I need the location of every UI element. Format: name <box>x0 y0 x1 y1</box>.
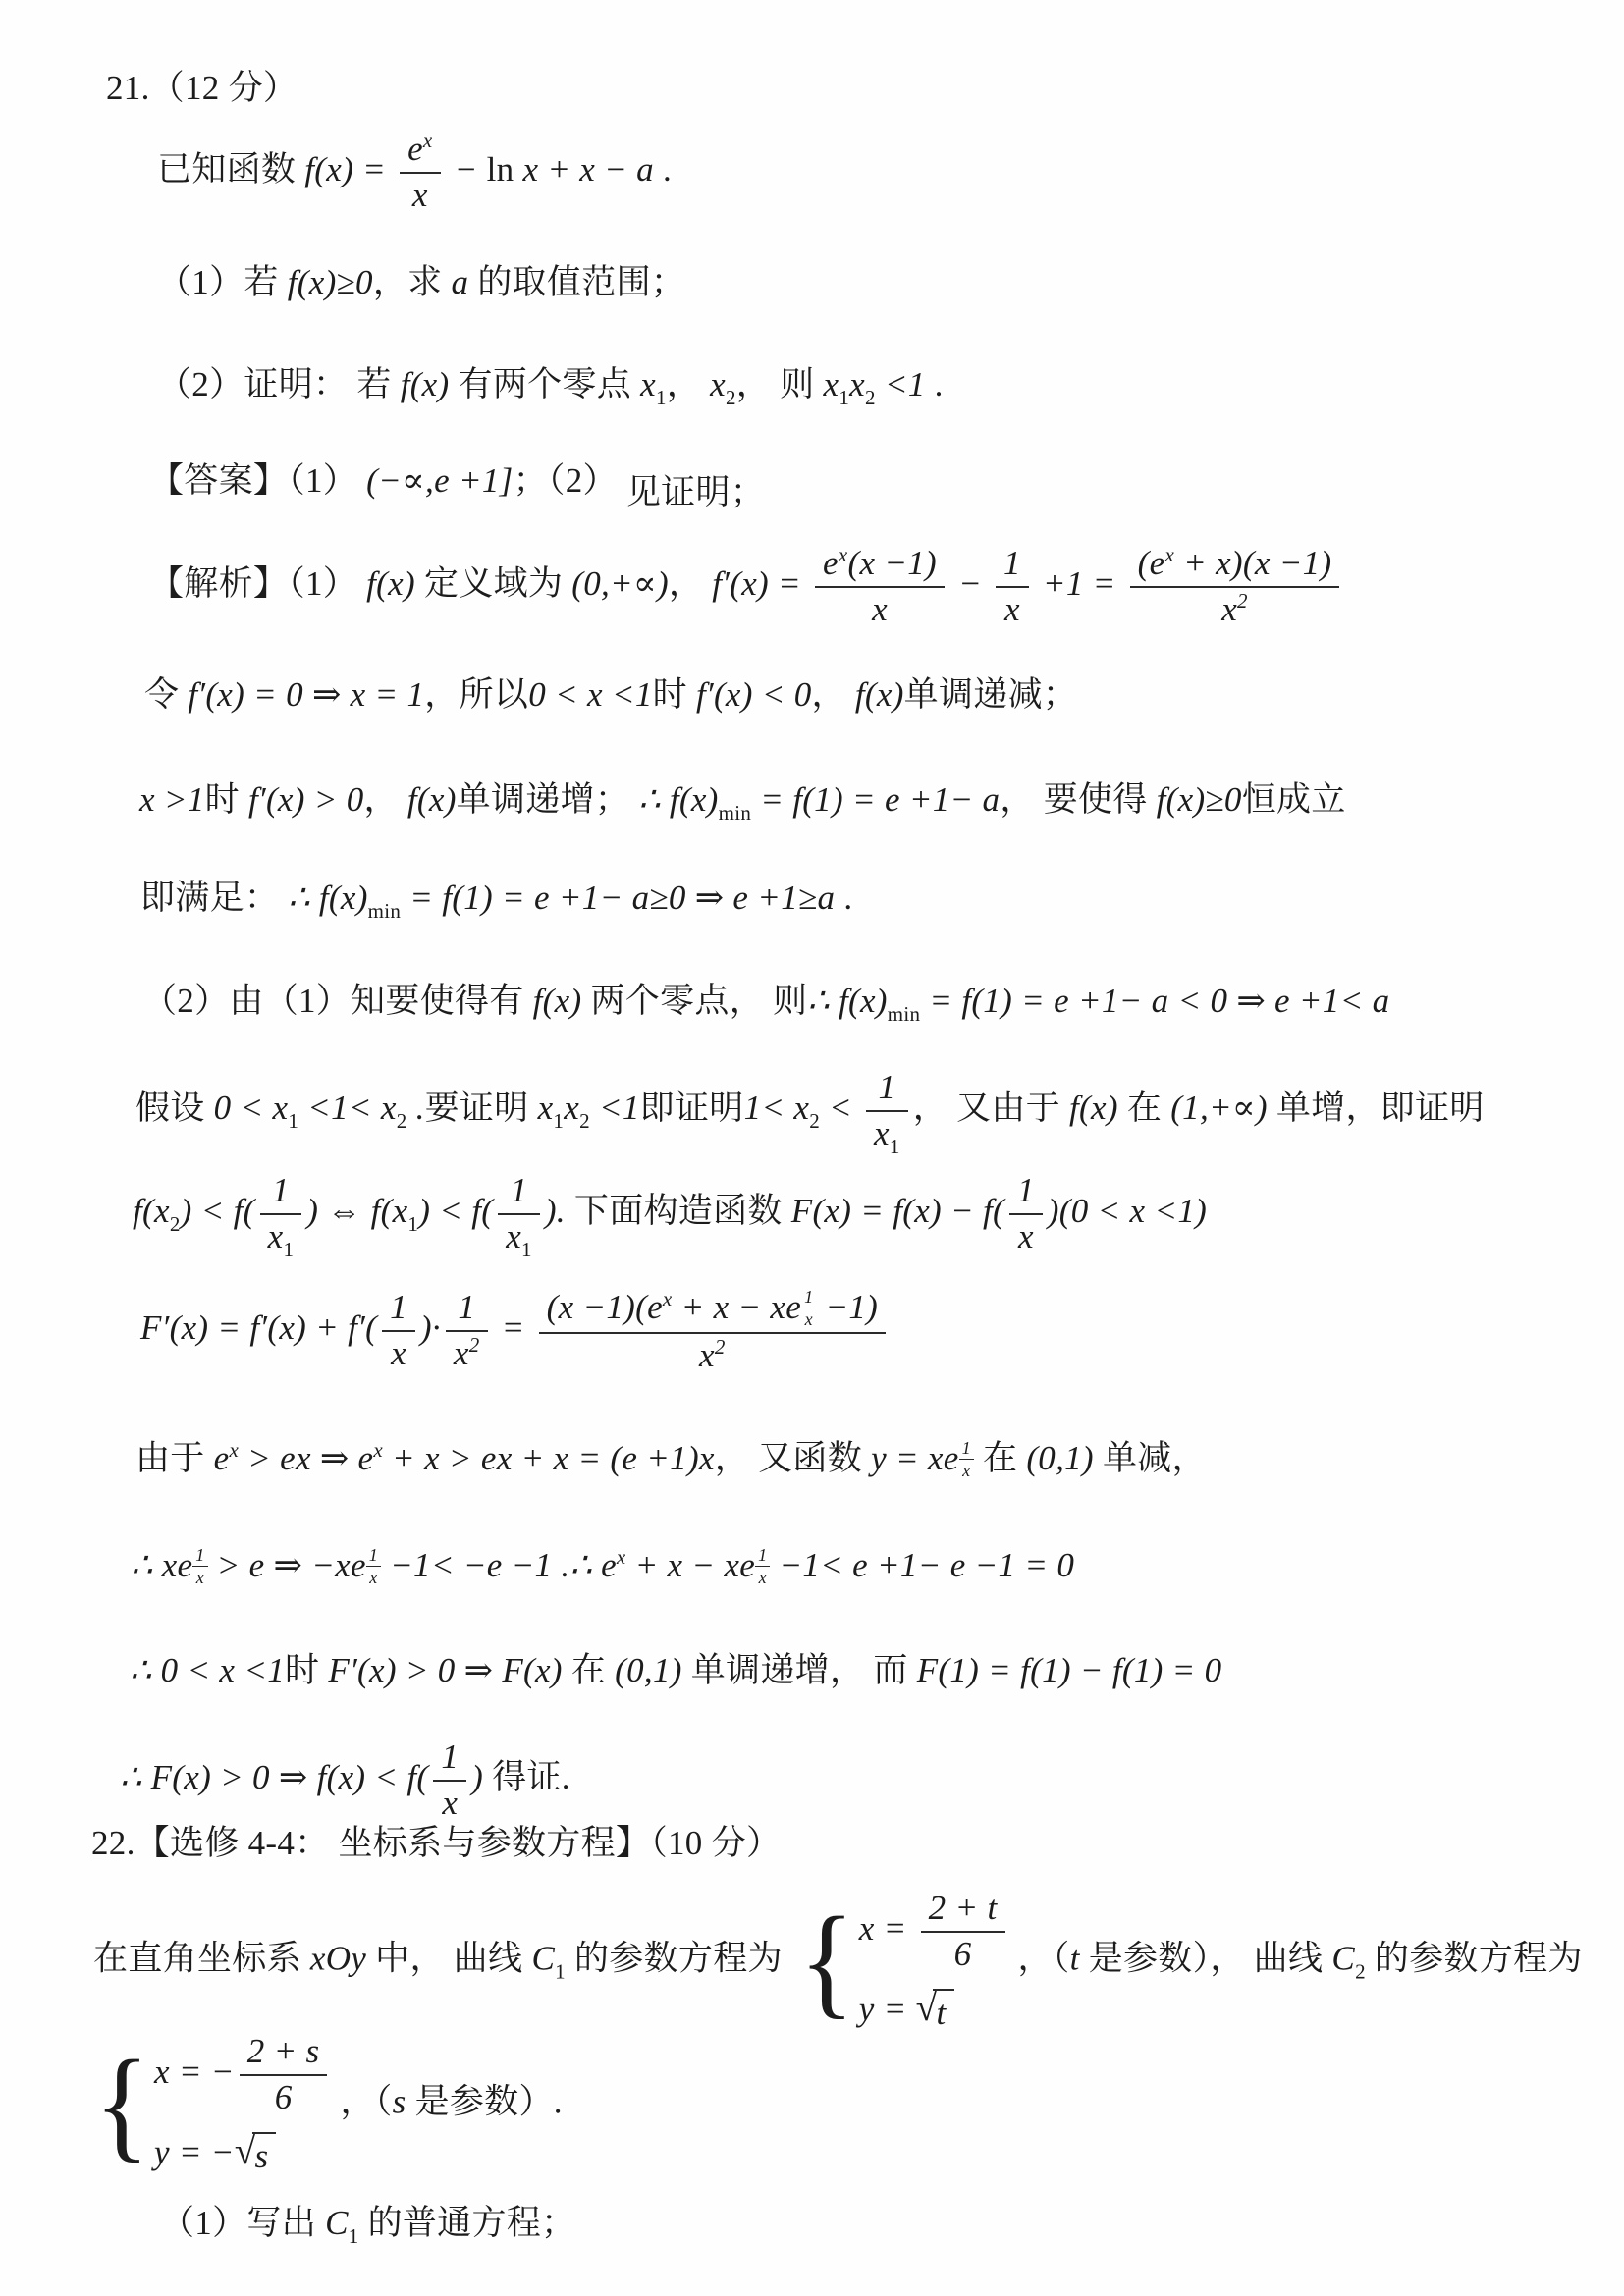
math-text: f′(x) = 0 ⇒ x = 1 <box>188 675 424 714</box>
text-cn-lowered: 见证明； <box>626 473 765 511</box>
math-text: (0,1) <box>615 1651 682 1689</box>
math-text: < <box>820 1089 861 1127</box>
math-text: +1 = <box>1034 564 1125 603</box>
fraction: 1x1 <box>866 1070 908 1152</box>
sqrt: √s <box>235 2132 277 2176</box>
math-text: − <box>446 150 487 188</box>
subscript: min <box>368 899 402 923</box>
math-text: e <box>214 1439 230 1477</box>
math-text: f(x) <box>533 982 582 1020</box>
fraction-numerator: (x −1)(ex + x − xe1x −1) <box>539 1288 887 1332</box>
tiny-fraction-numerator: 1 <box>366 1546 381 1567</box>
math-text: F′(x) > 0 ⇒ F(x) <box>328 1651 562 1689</box>
math-text: ∴ 0 < x <1 <box>130 1651 285 1689</box>
text-cn: 【答案】（1） <box>149 461 366 500</box>
math-text: f′(x) = <box>712 564 810 603</box>
text-cn: ，（ <box>340 2082 392 2120</box>
subscript: 1 <box>555 1959 566 1983</box>
math-text: f(x <box>133 1192 170 1230</box>
fraction: ex(x −1)x <box>815 546 945 628</box>
subscript: 1 <box>521 1238 532 1261</box>
tiny-fraction-denominator: x <box>366 1567 381 1586</box>
text-cn: （2）证明： 若 <box>157 365 401 403</box>
math-text: (0,+∝) <box>571 564 669 603</box>
tiny-fraction-numerator: 1 <box>959 1439 974 1460</box>
math-text: x <box>710 365 726 403</box>
fraction-denominator: 6 <box>240 2074 328 2116</box>
subscript: 1 <box>407 1212 418 1236</box>
text-cn: ， 则 <box>736 365 824 403</box>
text-cn: ，（ <box>1018 1939 1070 1977</box>
fraction-numerator: (ex + x)(x −1) <box>1130 546 1340 586</box>
fraction-numerator: 1 <box>260 1173 302 1213</box>
text-cn: . <box>654 150 672 188</box>
equation-system: {x = −2 + s6y = −√s <box>94 2034 332 2176</box>
math-text: x <box>538 1089 554 1127</box>
fraction-denominator: x1 <box>498 1213 540 1255</box>
text-cn: ， <box>364 780 407 819</box>
math-text: ∴ f(x) <box>807 982 887 1020</box>
math-text: . <box>407 1089 425 1127</box>
math-text: 0 < x <1 <box>528 675 652 714</box>
math-text: −1) <box>816 1288 878 1326</box>
math-text: <1< x <box>298 1089 397 1127</box>
math-text: (1,+∝) <box>1170 1089 1268 1127</box>
subscript: 2 <box>1355 1959 1366 1983</box>
superscript: x <box>230 1438 240 1462</box>
text-cn: ；（2） <box>514 461 626 500</box>
fraction: 1x <box>433 1739 466 1822</box>
tiny-fraction: 1x <box>192 1546 207 1586</box>
math-text: 1 <box>1017 1171 1035 1209</box>
math-text: x <box>849 365 865 403</box>
tiny-fraction-denominator: x <box>959 1460 974 1479</box>
equation-system: {x = 2 + t6y = √t <box>799 1891 1010 2033</box>
math-text: F(1) = f(1) − f(1) = 0 <box>917 1651 1222 1689</box>
math-text: x <box>874 1114 890 1152</box>
tiny-fraction-numerator: 1 <box>755 1546 770 1567</box>
text-cn: 在直角坐标系 <box>93 1939 310 1977</box>
fraction-denominator: x1 <box>866 1110 908 1152</box>
tiny-fraction: 1x <box>959 1439 974 1479</box>
fraction-denominator: 6 <box>921 1931 1005 1973</box>
math-text: x <box>699 1336 715 1374</box>
text-cn: 令 <box>144 675 188 714</box>
line-q22-header: 22.【选修 4-4： 坐标系与参数方程】（10 分） <box>91 1824 781 1863</box>
math-text: x <box>442 1784 458 1822</box>
math-text: s <box>393 2082 406 2120</box>
fraction-denominator: x2 <box>539 1332 887 1374</box>
fraction-numerator: ex <box>400 132 440 172</box>
math-text: = <box>493 1308 534 1347</box>
math-text: e <box>407 130 423 168</box>
math-text: F(x) = f(x) − f( <box>791 1192 1004 1230</box>
fraction: 2 + t6 <box>921 1891 1005 1973</box>
line-q21-part2: （2）证明： 若 f(x) 有两个零点 x1， x2， 则 x1x2 <1 . <box>157 365 944 404</box>
subscript: 2 <box>170 1212 181 1236</box>
math-text: f(x) <box>1069 1089 1118 1127</box>
text-cn: 的参数方程为 <box>566 1939 791 1977</box>
fraction-denominator: x <box>433 1780 466 1822</box>
text-cn: 时 <box>205 780 248 819</box>
fraction: 1x1 <box>260 1173 302 1255</box>
math-text: ) < f( <box>181 1192 255 1230</box>
math-text: x <box>1018 1217 1034 1255</box>
math-roman: ln <box>487 150 523 188</box>
fraction-numerator: 1 <box>498 1173 540 1213</box>
text-cn: 恒成立 <box>1242 780 1346 819</box>
math-text: f′(x) > 0 <box>248 780 364 819</box>
math-text: ∴ F(x) > 0 ⇒ f(x) < f( <box>120 1758 428 1796</box>
math-text: x <box>268 1217 284 1255</box>
text-cn: 的参数方程为 <box>1366 1939 1583 1977</box>
text-cn: 时 <box>285 1651 328 1689</box>
math-text: 2 + t <box>929 1889 998 1927</box>
math-text: F′(x) = f′(x) + f′( <box>140 1308 377 1347</box>
tiny-fraction: 1x <box>366 1546 381 1586</box>
system-brace-icon: { <box>94 2046 150 2164</box>
line-analysis-3: x >1时 f′(x) > 0， f(x)单调递增； ∴ f(x)min = f… <box>139 780 1346 820</box>
fraction: (x −1)(ex + x − xe1x −1)x2 <box>539 1288 887 1374</box>
math-text: ) < f( <box>418 1192 493 1230</box>
text-cn: ， <box>667 365 710 403</box>
math-text: = f(1) = e +1− a≥0 ⇒ e +1≥a <box>401 879 835 917</box>
system-row: x = 2 + t6 <box>859 1891 1010 1973</box>
superscript-fraction: 1x <box>192 1536 207 1568</box>
fraction-numerator: 1 <box>446 1290 488 1330</box>
superscript: 2 <box>715 1335 726 1359</box>
superscript: 2 <box>469 1333 480 1357</box>
math-text: f(x) = <box>304 150 395 188</box>
text-cn: 下面构造函数 <box>566 1192 791 1230</box>
math-text: x <box>872 590 888 628</box>
text-cn: ， 要使得 <box>1000 780 1156 819</box>
superscript: x <box>373 1438 383 1462</box>
text-cn: （1）若 <box>157 263 288 301</box>
fraction-numerator: 2 + s <box>240 2034 328 2074</box>
math-text: + x)(x −1) <box>1174 544 1331 582</box>
math-text: > e ⇒ −xe <box>208 1546 366 1584</box>
math-text: (x −1)(e <box>547 1288 663 1326</box>
line-analysis-10: ∴ xe1x > e ⇒ −xe1x −1< −e −1 .∴ ex + x −… <box>131 1546 1074 1586</box>
math-text: ∴ xe <box>131 1546 192 1584</box>
math-text: xOy <box>310 1939 366 1977</box>
math-text: − <box>949 564 991 603</box>
radicand: t <box>933 1989 953 2033</box>
fraction: 1x <box>996 546 1029 628</box>
line-q21-given: 已知函数 f(x) = exx − ln x + x − a . <box>157 132 672 214</box>
math-text: x <box>506 1217 521 1255</box>
text-cn: 【解析】（1） <box>149 564 366 603</box>
fraction-numerator: 2 + t <box>921 1891 1005 1931</box>
math-text: x <box>412 176 428 214</box>
system-rows: x = 2 + t6y = √t <box>859 1891 1010 2033</box>
text-cn: 单减， <box>1094 1439 1207 1477</box>
sqrt: √t <box>916 1989 954 2033</box>
text-cn: 单调递减； <box>904 675 1078 714</box>
fraction: 1x2 <box>446 1290 488 1372</box>
tiny-fraction-numerator: 1 <box>801 1288 816 1308</box>
text-cn: 即满足： <box>140 879 288 917</box>
math-text: 1 <box>458 1288 475 1326</box>
text-cn: 即证明 <box>640 1089 744 1127</box>
line-q22-given-2: {x = −2 + s6y = −√s，（s 是参数）. <box>86 2034 563 2176</box>
text-cn: 单增，即证明 <box>1268 1089 1485 1127</box>
superscript-fraction: 1x <box>801 1278 816 1309</box>
math-text: x + x − a <box>522 150 654 188</box>
fraction-numerator: 1 <box>382 1290 415 1330</box>
text-cn: 22.【选修 4-4： 坐标系与参数方程】（10 分） <box>91 1824 781 1862</box>
system-brace-icon: { <box>799 1902 855 2021</box>
math-text: ∴ f(x) <box>638 780 718 819</box>
fraction-denominator: x <box>400 172 440 214</box>
line-q22-given-1: 在直角坐标系 xOy 中， 曲线 C1 的参数方程为 {x = 2 + t6y … <box>93 1891 1583 2033</box>
tiny-fraction: 1x <box>755 1546 770 1586</box>
math-text: x <box>391 1334 406 1372</box>
math-text: 1 <box>390 1288 407 1326</box>
tiny-fraction-denominator: x <box>801 1308 816 1328</box>
fraction-denominator: x2 <box>446 1330 488 1372</box>
text-cn: 在 <box>563 1651 615 1689</box>
math-text: <1 <box>876 365 926 403</box>
tiny-fraction-numerator: 1 <box>192 1546 207 1567</box>
math-text: C <box>1331 1939 1355 1977</box>
math-text: x <box>454 1334 469 1372</box>
fraction-denominator: x <box>996 586 1029 628</box>
math-text: f(x) <box>401 365 450 403</box>
superscript-fraction: 1x <box>959 1429 974 1461</box>
system-rows: x = −2 + s6y = −√s <box>154 2034 333 2176</box>
radicand: s <box>252 2132 277 2176</box>
subscript: 1 <box>839 386 849 409</box>
text-cn: 由于 <box>135 1439 214 1477</box>
math-text: ) ⇔ f(x <box>306 1192 407 1230</box>
text-cn: 21.（12 分） <box>106 69 298 107</box>
fraction-numerator: 1 <box>433 1739 466 1780</box>
subscript: 2 <box>579 1109 590 1133</box>
fraction-denominator: x2 <box>1130 586 1340 628</box>
superscript: x <box>839 543 848 566</box>
text-cn: 时 <box>653 675 696 714</box>
fraction-numerator: 1 <box>996 546 1029 586</box>
fraction-numerator: 1 <box>866 1070 908 1110</box>
math-text: (−∝,e +1] <box>366 461 513 500</box>
math-text: −1< −e −1 .∴ e <box>381 1546 617 1584</box>
superscript: x <box>423 129 433 152</box>
text-cn: . <box>835 879 852 917</box>
text-cn: （2）由（1）知要使得有 <box>142 982 533 1020</box>
text-cn: （1）写出 <box>160 2204 325 2242</box>
system-row: x = −2 + s6 <box>154 2034 333 2116</box>
math-text: x <box>640 365 656 403</box>
math-text: f(x) <box>366 564 415 603</box>
math-text: 1 <box>878 1068 895 1106</box>
math-text: ). <box>545 1192 566 1230</box>
math-text: x = <box>859 1909 916 1948</box>
text-cn: 在 <box>974 1439 1026 1477</box>
math-text: ) <box>471 1758 483 1796</box>
math-text: = f(1) = e +1− a < 0 ⇒ e +1< a <box>920 982 1389 1020</box>
system-row: y = √t <box>859 1989 1010 2033</box>
math-text: f′(x) < 0 <box>696 675 812 714</box>
math-text: t <box>1070 1939 1080 1977</box>
line-analysis-12: ∴ F(x) > 0 ⇒ f(x) < f(1x) 得证. <box>120 1739 570 1822</box>
line-analysis-2: 令 f′(x) = 0 ⇒ x = 1，所以0 < x <1时 f′(x) < … <box>144 675 1077 715</box>
subscript: min <box>719 801 752 825</box>
text-cn: 的取值范围； <box>468 263 685 301</box>
superscript-fraction: 1x <box>366 1536 381 1568</box>
subscript: 2 <box>809 1109 820 1133</box>
fraction-denominator: x1 <box>260 1213 302 1255</box>
fraction-numerator: 1 <box>1009 1173 1043 1213</box>
text-cn: 要证明 <box>425 1089 538 1127</box>
math-text: y = − <box>154 2133 235 2171</box>
subscript: 1 <box>553 1109 564 1133</box>
fraction: (ex + x)(x −1)x2 <box>1130 546 1340 628</box>
subscript: 2 <box>726 386 736 409</box>
superscript: x <box>663 1287 673 1310</box>
line-analysis-7: f(x2) < f(1x1) ⇔ f(x1) < f(1x1). 下面构造函数 … <box>133 1173 1207 1255</box>
tiny-fraction: 1x <box>801 1288 816 1328</box>
text-cn: 在 <box>1118 1089 1170 1127</box>
text-cn: 的普通方程； <box>359 2204 576 2242</box>
math-text: x = − <box>154 2053 235 2091</box>
line-analysis-1: 【解析】（1） f(x) 定义域为 (0,+∝)， f′(x) = ex(x −… <box>149 546 1344 628</box>
scanned-exam-page: 21.（12 分） 已知函数 f(x) = exx − ln x + x − a… <box>0 0 1624 2296</box>
math-text: = f(1) = e +1− a <box>751 780 1000 819</box>
math-text: (x −1) <box>848 544 938 582</box>
math-text: 2 + s <box>247 2032 320 2070</box>
text-cn: ， <box>669 564 712 603</box>
line-q21-part1: （1）若 f(x)≥0，求 a 的取值范围； <box>157 263 685 302</box>
math-text: (0,1) <box>1026 1439 1094 1477</box>
math-text: + x − xe <box>673 1288 802 1326</box>
math-text: y = <box>859 1990 916 2028</box>
fraction-denominator: x <box>382 1330 415 1372</box>
fraction: 1x <box>1009 1173 1043 1255</box>
superscript: x <box>1164 543 1174 566</box>
math-text: y = xe <box>871 1439 959 1477</box>
math-text: −1< e +1− e −1 = 0 <box>770 1546 1074 1584</box>
math-text: (e <box>1138 544 1165 582</box>
line-analysis-8: F′(x) = f′(x) + f′(1x)·1x2 = (x −1)(ex +… <box>140 1288 891 1374</box>
math-text: C <box>531 1939 555 1977</box>
text-cn: ，求 <box>373 263 452 301</box>
math-text: f(x)≥0 <box>288 263 373 301</box>
math-text: e <box>823 544 839 582</box>
math-text: x <box>823 365 839 403</box>
math-text: x <box>1004 590 1020 628</box>
subscript: 1 <box>349 2224 359 2248</box>
line-analysis-4: 即满足： ∴ f(x)min = f(1) = e +1− a≥0 ⇒ e +1… <box>140 879 852 918</box>
text-cn: 单调递增， 而 <box>682 1651 917 1689</box>
line-analysis-11: ∴ 0 < x <1时 F′(x) > 0 ⇒ F(x) 在 (0,1) 单调递… <box>130 1651 1221 1690</box>
math-text: 1 <box>511 1171 528 1209</box>
subscript: min <box>888 1002 921 1026</box>
math-text: 1 <box>441 1737 459 1776</box>
tiny-fraction-denominator: x <box>192 1567 207 1586</box>
superscript: 2 <box>1237 589 1248 613</box>
text-cn: ， 又函数 <box>715 1439 871 1477</box>
math-text: 1 <box>272 1171 290 1209</box>
fraction-denominator: x <box>815 586 945 628</box>
subscript: 1 <box>283 1238 294 1261</box>
math-text: ∴ f(x) <box>288 879 367 917</box>
math-text: + x > ex + x = (e +1)x <box>383 1439 715 1477</box>
superscript-fraction: 1x <box>755 1536 770 1568</box>
math-text: 0 < x <box>214 1089 289 1127</box>
text-cn: 是参数）， 曲线 <box>1080 1939 1332 1977</box>
subscript: 2 <box>397 1109 407 1133</box>
line-q21-header: 21.（12 分） <box>106 69 298 108</box>
text-cn: ， 又由于 <box>913 1089 1069 1127</box>
text-cn: 中， 曲线 <box>366 1939 531 1977</box>
subscript: 1 <box>288 1109 298 1133</box>
system-row: y = −√s <box>154 2132 333 2176</box>
math-text: )· <box>420 1308 441 1347</box>
subscript: 2 <box>865 386 876 409</box>
math-text: a <box>452 263 469 301</box>
fraction-denominator: x <box>1009 1213 1043 1255</box>
tiny-fraction-denominator: x <box>755 1567 770 1586</box>
math-text: )(0 < x <1) <box>1048 1192 1207 1230</box>
line-q22-part1: （1）写出 C1 的普通方程； <box>160 2204 575 2243</box>
math-text: x <box>564 1089 579 1127</box>
math-text: x <box>1221 590 1237 628</box>
math-text: + x − xe <box>626 1546 756 1584</box>
subscript: 1 <box>890 1135 900 1158</box>
superscript: x <box>617 1545 626 1569</box>
math-text: 1 <box>1003 544 1021 582</box>
text-cn: . <box>926 365 944 403</box>
text-cn: 是参数）. <box>406 2082 563 2120</box>
math-text: <1 <box>590 1089 640 1127</box>
subscript: 1 <box>656 386 667 409</box>
math-text: f(x) <box>407 780 457 819</box>
text-cn: 单调递增； <box>457 780 639 819</box>
math-text: 1< x <box>744 1089 810 1127</box>
text-cn: 定义域为 <box>415 564 571 603</box>
text-cn: 假设 <box>135 1089 214 1127</box>
fraction: exx <box>400 132 440 214</box>
math-text: C <box>325 2204 349 2242</box>
math-text: f(x) <box>855 675 904 714</box>
line-answer: 【答案】（1） (−∝,e +1]；（2） 见证明； <box>149 461 765 501</box>
text-cn: 得证. <box>483 1758 570 1796</box>
math-text: 6 <box>954 1935 972 1973</box>
fraction: 1x1 <box>498 1173 540 1255</box>
math-text: 6 <box>275 2078 293 2116</box>
line-analysis-9: 由于 ex > ex ⇒ ex + x > ex + x = (e +1)x， … <box>135 1439 1207 1479</box>
math-text: > ex ⇒ e <box>239 1439 373 1477</box>
math-text: f(x)≥0 <box>1157 780 1242 819</box>
text-cn: ，所以 <box>424 675 528 714</box>
line-analysis-6: 假设 0 < x1 <1< x2 .要证明 x1x2 <1即证明1< x2 < … <box>135 1070 1485 1152</box>
text-cn: 已知函数 <box>157 150 304 188</box>
text-cn: 两个零点， 则 <box>581 982 807 1020</box>
fraction-numerator: ex(x −1) <box>815 546 945 586</box>
text-cn: 有两个零点 <box>449 365 640 403</box>
fraction: 1x <box>382 1290 415 1372</box>
line-analysis-5: （2）由（1）知要使得有 f(x) 两个零点， 则∴ f(x)min = f(1… <box>142 982 1389 1021</box>
math-text: x >1 <box>139 780 205 819</box>
fraction: 2 + s6 <box>240 2034 328 2116</box>
text-cn: ， <box>812 675 855 714</box>
